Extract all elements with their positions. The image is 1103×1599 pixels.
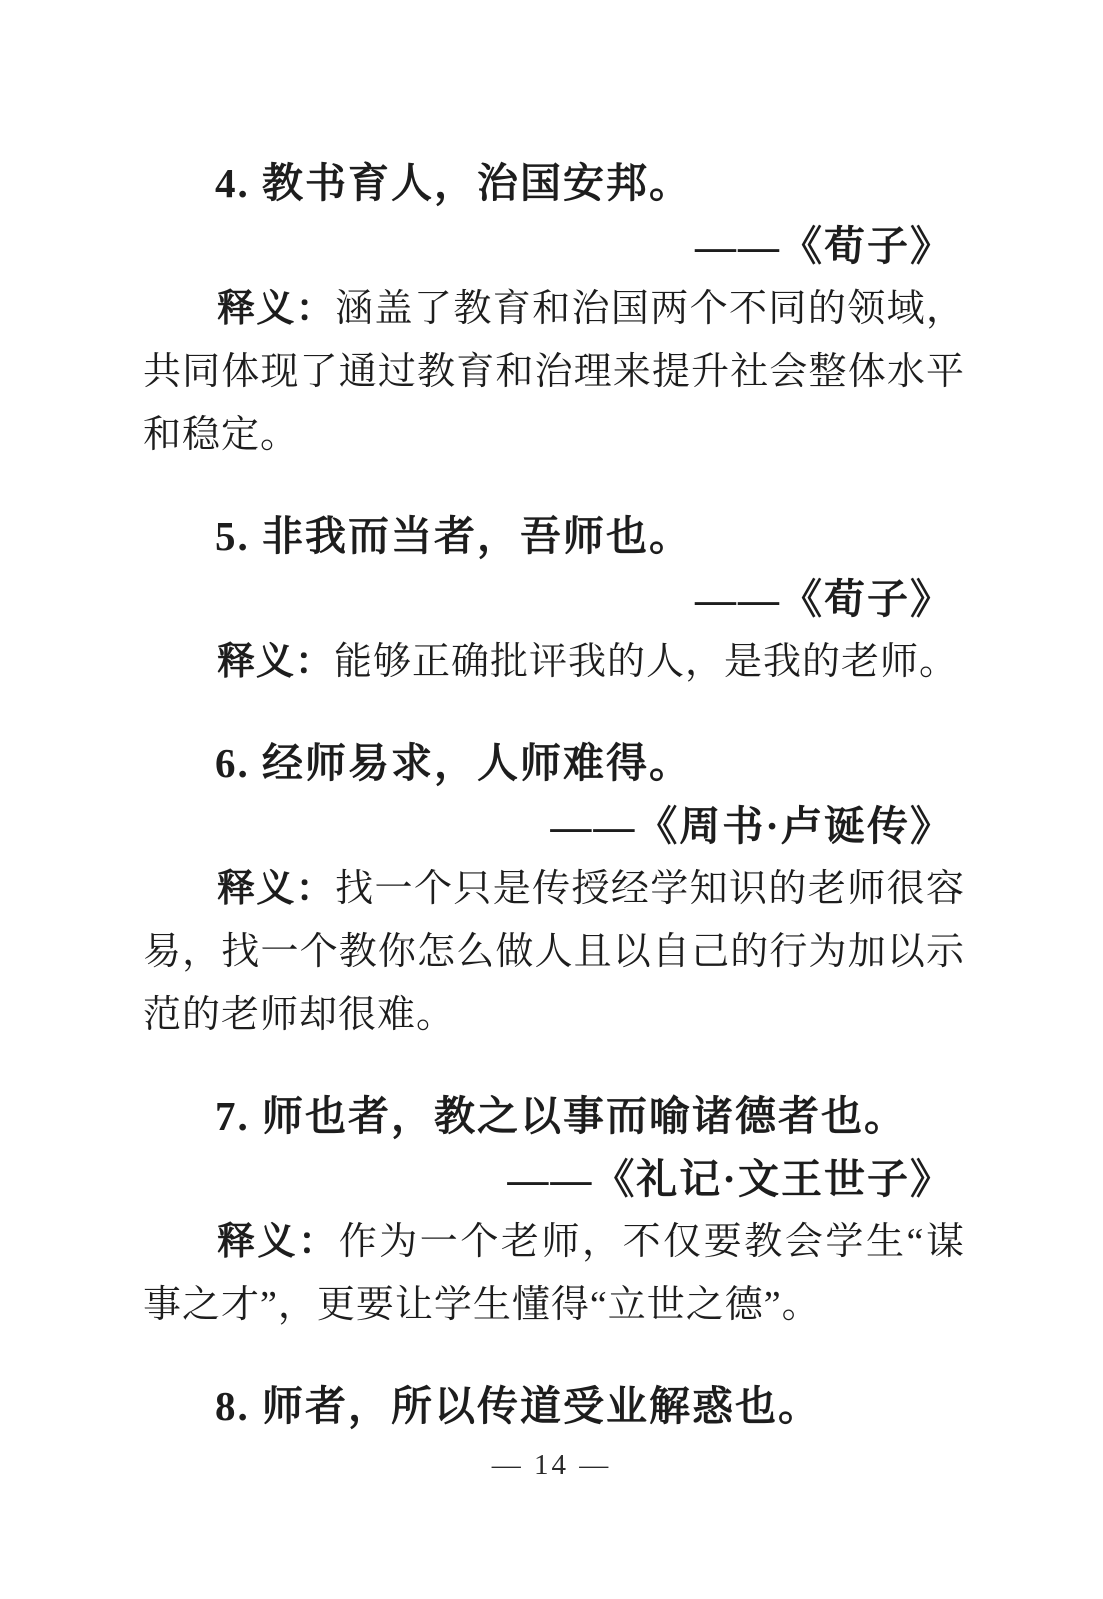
quote-attribution: ——《周书·卢诞传》 <box>143 795 965 858</box>
document-page: 4. 教书育人，治国安邦。 ——《荀子》 释义：涵盖了教育和治国两个不同的领域，… <box>0 0 1103 1599</box>
quote-section-4: 4. 教书育人，治国安邦。 ——《荀子》 释义：涵盖了教育和治国两个不同的领域，… <box>143 152 965 467</box>
quote-heading: 4. 教书育人，治国安邦。 <box>143 152 965 215</box>
explanation-label: 释义： <box>217 288 335 330</box>
quote-explanation: 释义：能够正确批评我的人，是我的老师。 <box>143 631 965 694</box>
explanation-label: 释义： <box>217 868 335 910</box>
quote-explanation: 释义：涵盖了教育和治国两个不同的领域，共同体现了通过教育和治理来提升社会整体水平… <box>143 278 965 467</box>
explanation-text: 能够正确批评我的人，是我的老师。 <box>334 641 958 683</box>
page-number: — 14 — <box>492 1449 612 1481</box>
quote-section-7: 7. 师也者，教之以事而喻诸德者也。 ——《礼记·文王世子》 释义：作为一个老师… <box>143 1085 965 1337</box>
quote-attribution: ——《荀子》 <box>143 568 965 631</box>
quote-attribution: ——《礼记·文王世子》 <box>143 1148 965 1211</box>
quote-section-8: 8. 师者，所以传道受业解惑也。 <box>143 1375 965 1438</box>
quote-attribution: ——《荀子》 <box>143 215 965 278</box>
page-footer: — 14 — <box>0 1443 1103 1487</box>
explanation-label: 释义： <box>217 641 334 683</box>
explanation-label: 释义： <box>217 1221 339 1263</box>
quote-heading: 6. 经师易求，人师难得。 <box>143 732 965 795</box>
quote-explanation: 释义：找一个只是传授经学知识的老师很容易，找一个教你怎么做人且以自己的行为加以示… <box>143 858 965 1047</box>
quote-section-5: 5. 非我而当者，吾师也。 ——《荀子》 释义：能够正确批评我的人，是我的老师。 <box>143 505 965 694</box>
quote-heading: 7. 师也者，教之以事而喻诸德者也。 <box>143 1085 965 1148</box>
quote-heading: 8. 师者，所以传道受业解惑也。 <box>143 1375 965 1438</box>
quote-explanation: 释义：作为一个老师，不仅要教会学生“谋事之才”，更要让学生懂得“立世之德”。 <box>143 1211 965 1337</box>
quote-heading: 5. 非我而当者，吾师也。 <box>143 505 965 568</box>
quote-section-6: 6. 经师易求，人师难得。 ——《周书·卢诞传》 释义：找一个只是传授经学知识的… <box>143 732 965 1047</box>
